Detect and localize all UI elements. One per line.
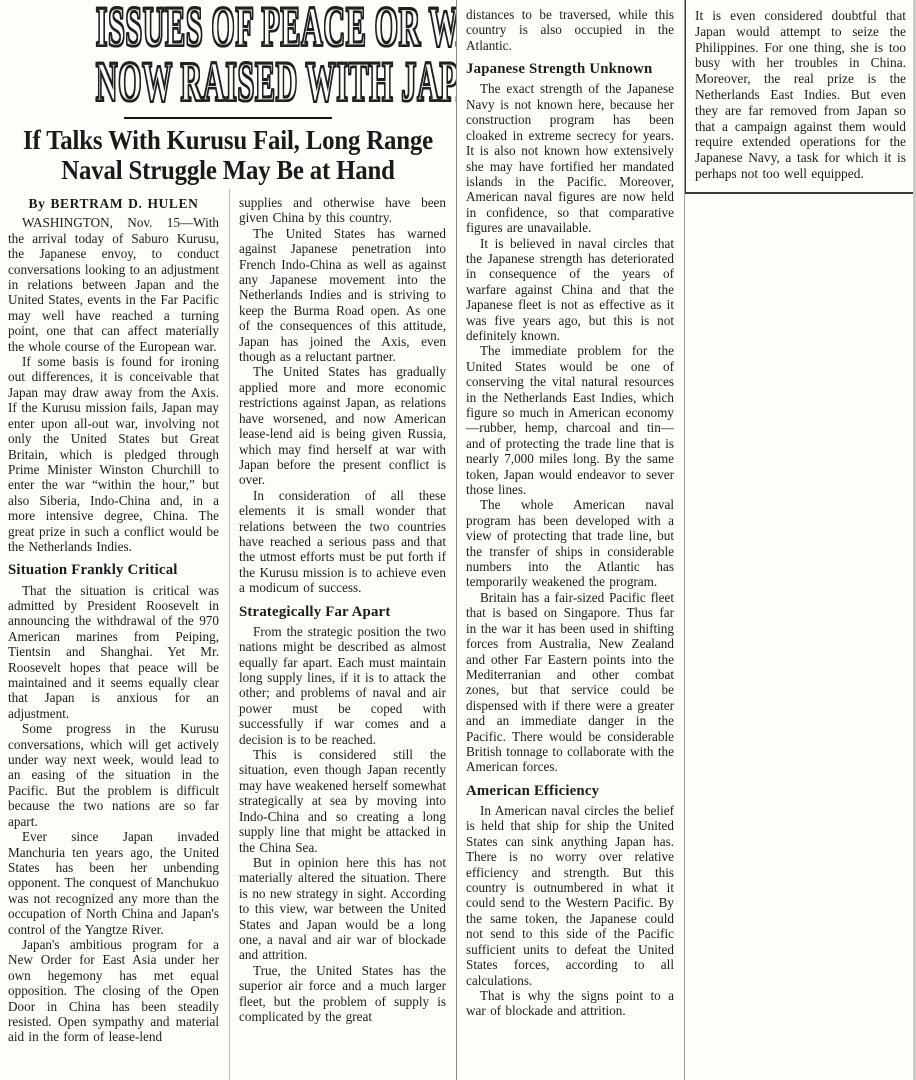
headline-line-1: ISSUES OF PEACE OR WAR xyxy=(96,0,360,56)
section-heading: Situation Frankly Critical xyxy=(8,562,219,578)
sidebar-box: It is even considered doubtful that Japa… xyxy=(685,0,916,194)
paragraph: Ever since Japan invaded Manchuria ten y… xyxy=(8,829,219,937)
paragraph: Britain has a fair-sized Pacific fleet t… xyxy=(466,590,674,775)
left-section: ISSUES OF PEACE OR WAR NOW RAISED WITH J… xyxy=(0,0,456,1080)
paragraph: distances to be traversed, while this co… xyxy=(466,7,674,53)
paragraph: The whole American naval program has bee… xyxy=(466,497,674,589)
column-3: distances to be traversed, while this co… xyxy=(456,0,684,1080)
body-columns: By BERTRAM D. HULEN WASHINGTON, Nov. 15—… xyxy=(0,189,456,1080)
section-heading: Japanese Strength Unknown xyxy=(466,61,674,77)
byline: By BERTRAM D. HULEN xyxy=(8,196,219,211)
paragraph: It is even considered doubtful that Japa… xyxy=(695,8,906,182)
section-heading: Strategically Far Apart xyxy=(239,604,446,620)
column-1: By BERTRAM D. HULEN WASHINGTON, Nov. 15—… xyxy=(0,189,229,1080)
section-heading: American Efficiency xyxy=(466,783,674,799)
paragraph: It is believed in naval circles that the… xyxy=(466,236,674,344)
paragraph: WASHINGTON, Nov. 15—With the arrival tod… xyxy=(8,215,219,354)
headline-line-2: NOW RAISED WITH JAPAN xyxy=(96,55,360,111)
paragraph: In American naval circles the belief is … xyxy=(466,803,674,988)
paragraph: In consideration of all these elements i… xyxy=(239,488,446,596)
column-2: supplies and otherwise have been given C… xyxy=(229,189,456,1080)
newspaper-clipping: ISSUES OF PEACE OR WAR NOW RAISED WITH J… xyxy=(0,0,916,1080)
paragraph: supplies and otherwise have been given C… xyxy=(239,195,446,226)
column-4: It is even considered doubtful that Japa… xyxy=(684,0,916,1080)
headline: ISSUES OF PEACE OR WAR NOW RAISED WITH J… xyxy=(0,2,456,109)
paragraph: From the strategic position the two nati… xyxy=(239,624,446,747)
paragraph: The exact strength of the Japanese Navy … xyxy=(466,81,674,235)
paragraph: That the situation is critical was admit… xyxy=(8,583,219,722)
paragraph: If some basis is found for ironing out d… xyxy=(8,354,219,554)
paragraph: True, the United States has the superior… xyxy=(239,963,446,1025)
subheadline-line-1: If Talks With Kurusu Fail, Long Range xyxy=(18,125,438,155)
paragraph: The United States has gradually applied … xyxy=(239,364,446,487)
paragraph: That is why the signs point to a war of … xyxy=(466,988,674,1019)
paragraph: But in opinion here this has not materia… xyxy=(239,855,446,963)
divider xyxy=(124,117,332,119)
paragraph: Some progress in the Kurusu conversation… xyxy=(8,721,219,829)
headline-block: ISSUES OF PEACE OR WAR NOW RAISED WITH J… xyxy=(0,0,456,189)
subheadline-line-2: Naval Struggle May Be at Hand xyxy=(18,155,438,185)
subheadline: If Talks With Kurusu Fail, Long Range Na… xyxy=(0,125,456,185)
paragraph: This is considered still the situation, … xyxy=(239,747,446,855)
paragraph: The immediate problem for the United Sta… xyxy=(466,343,674,497)
paragraph: The United States has warned against Jap… xyxy=(239,226,446,365)
paragraph: Japan's ambitious program for a New Orde… xyxy=(8,937,219,1045)
